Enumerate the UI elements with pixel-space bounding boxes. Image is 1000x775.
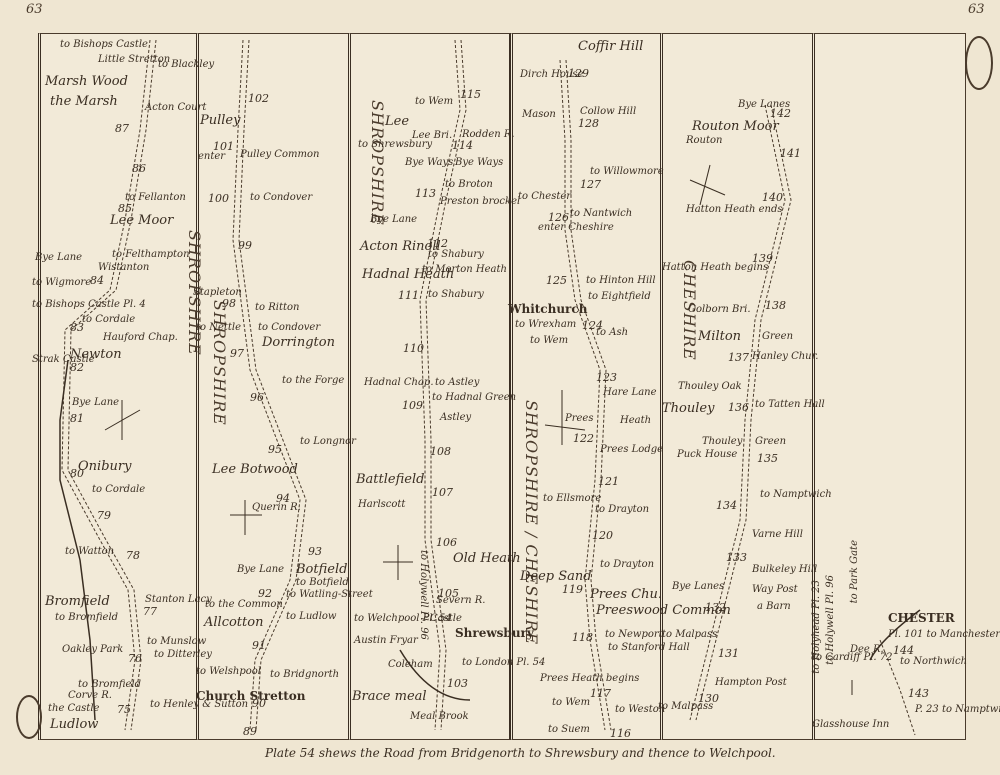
place-label: Deep Sand xyxy=(520,570,592,583)
place-label: Botfield xyxy=(296,563,347,576)
place-label: to Ditterley xyxy=(154,650,212,660)
mile-marker: 119 xyxy=(562,584,583,595)
mile-marker: 108 xyxy=(430,446,451,457)
place-label: Prees Heath begins xyxy=(540,674,639,684)
place-label: Pulley Common xyxy=(240,150,319,160)
mile-marker: 142 xyxy=(770,108,791,119)
place-label: Marsh Wood xyxy=(45,75,128,88)
place-label: CHESTER xyxy=(888,612,955,624)
mile-marker: 114 xyxy=(452,140,473,151)
scroll-curl-left xyxy=(16,695,42,739)
place-label: to Cordale xyxy=(92,485,145,495)
mile-marker: 107 xyxy=(432,487,453,498)
place-label: to Shabury xyxy=(428,250,484,260)
place-label: Querin R. xyxy=(252,503,301,513)
place-label: Pulley xyxy=(200,114,240,127)
place-label: to Bromfield xyxy=(55,613,118,623)
place-label: to the Forge xyxy=(282,376,344,386)
mile-marker: 136 xyxy=(728,402,749,413)
mile-marker: 109 xyxy=(402,400,423,411)
place-label: Whitchurch xyxy=(508,303,587,315)
place-label: Hanley Chur. xyxy=(752,352,818,362)
place-label: to Wrexham xyxy=(515,320,576,330)
place-label: to Watton xyxy=(65,547,114,557)
mile-marker: 134 xyxy=(716,500,737,511)
place-label: Acton Court xyxy=(145,103,206,113)
place-label: Heath xyxy=(620,416,651,426)
place-label: to Holywell Pl. 96 xyxy=(418,550,428,640)
place-label: Milton xyxy=(698,330,741,343)
place-label: Hare Lane xyxy=(603,388,657,398)
mile-marker: 93 xyxy=(308,546,322,557)
place-label: Dirch House xyxy=(520,70,583,80)
mile-marker: 76 xyxy=(128,653,142,664)
mile-marker: 95 xyxy=(268,444,282,455)
county-label-strip4: SHROPSHIRE / CHESHIRE xyxy=(522,400,541,645)
mile-marker: 116 xyxy=(610,728,631,739)
mile-marker: 137 xyxy=(728,352,749,363)
place-label: Bye Lane xyxy=(72,398,119,408)
place-label: Bye Ways xyxy=(405,158,453,168)
mile-marker: 100 xyxy=(208,193,229,204)
place-label: Astley xyxy=(440,413,471,423)
place-label: Battlefield xyxy=(356,473,424,486)
place-label: Prees Chu. xyxy=(590,588,662,601)
place-label: to Felthampton xyxy=(112,250,190,260)
mile-marker: 79 xyxy=(97,510,111,521)
place-label: to Munslow xyxy=(147,637,206,647)
place-label: Hampton Post xyxy=(715,678,787,688)
place-label: to Nettle xyxy=(196,323,241,333)
place-label: to Longnor xyxy=(300,437,356,447)
place-label: to Suem xyxy=(548,725,590,735)
mile-marker: 111 xyxy=(398,290,419,301)
place-label: to Chester xyxy=(518,192,571,202)
mile-marker: 133 xyxy=(726,552,747,563)
place-label: Mason xyxy=(522,110,556,120)
mile-marker: 141 xyxy=(780,148,801,159)
place-label: Green xyxy=(762,332,793,342)
place-label: Strak Castle xyxy=(32,355,95,365)
place-label: to Shabury xyxy=(428,290,484,300)
place-label: Coffir Hill xyxy=(578,40,643,53)
place-label: Thouley Oak xyxy=(678,382,742,392)
mile-marker: 110 xyxy=(403,343,424,354)
place-label: Prees xyxy=(565,414,593,424)
place-label: to Cordale xyxy=(82,315,135,325)
place-label: to Botfield xyxy=(296,578,349,588)
place-label: Thouley xyxy=(702,437,742,447)
mile-marker: 122 xyxy=(573,433,594,444)
mile-marker: 135 xyxy=(757,453,778,464)
place-label: Brace meal xyxy=(352,690,427,703)
place-label: to Hadnal Green xyxy=(432,393,516,403)
place-label: Thouley xyxy=(662,402,714,415)
mile-marker: 128 xyxy=(578,118,599,129)
place-label: to London Pl. 54 xyxy=(462,658,545,668)
place-label: Coleham xyxy=(388,660,433,670)
place-label: to Condover xyxy=(258,323,320,333)
mile-marker: 132 xyxy=(705,602,726,613)
place-label: Meal Brook xyxy=(410,712,469,722)
place-label: Wistanton xyxy=(98,263,149,273)
place-label: to Wem xyxy=(530,336,568,346)
place-label: Bye Lanes xyxy=(672,582,724,592)
place-label: Prees Lodge xyxy=(600,445,663,455)
mile-marker: 97 xyxy=(230,348,244,359)
mile-marker: 143 xyxy=(908,688,929,699)
place-label: to Welshpool xyxy=(196,667,261,677)
mile-marker: 77 xyxy=(143,606,157,617)
mile-marker: 91 xyxy=(252,640,266,651)
mile-marker: 120 xyxy=(592,530,613,541)
place-label: to Astley xyxy=(435,378,479,388)
place-label: the Castle xyxy=(48,704,99,714)
mile-marker: 87 xyxy=(115,123,129,134)
mile-marker: 98 xyxy=(222,298,236,309)
place-label: Bye Lane xyxy=(370,215,417,225)
place-label: to Watling-Street xyxy=(286,590,373,600)
mile-marker: 115 xyxy=(460,89,481,100)
place-label: Hadnal Chap. xyxy=(364,378,434,388)
place-label: to Park Gate xyxy=(850,540,860,603)
place-label: Hauford Chap. xyxy=(103,333,178,343)
place-label: to Drayton xyxy=(600,560,654,570)
place-label: to Ludlow xyxy=(286,612,336,622)
county-label-strip2: SHROPSHIRE xyxy=(210,300,229,426)
mile-marker: 80 xyxy=(70,468,84,479)
place-label: to Stanford Hall xyxy=(608,643,690,653)
place-label: to Bishops Castle xyxy=(60,40,148,50)
place-label: to Condover xyxy=(250,193,312,203)
mile-marker: 106 xyxy=(436,537,457,548)
place-label: Collow Hill xyxy=(580,107,636,117)
place-label: Corve R. xyxy=(68,691,112,701)
place-label: to Hinton Hill xyxy=(586,276,656,286)
mile-marker: 90 xyxy=(252,698,266,709)
place-label: Hatton Heath ends xyxy=(686,205,783,215)
place-label: the Marsh xyxy=(50,95,118,108)
mile-marker: 78 xyxy=(126,550,140,561)
place-label: Dorrington xyxy=(262,336,335,349)
mile-marker: 144 xyxy=(893,645,914,656)
place-label: to Bishops Castle Pl. 4 xyxy=(32,300,146,310)
place-label: to Broton xyxy=(445,180,493,190)
place-label: to Ritton xyxy=(255,303,299,313)
mile-marker: 123 xyxy=(596,372,617,383)
place-label: to Bridgnorth xyxy=(270,670,339,680)
place-label: Hadnal Heath xyxy=(362,268,454,281)
mile-marker: 81 xyxy=(70,413,84,424)
mile-marker: 130 xyxy=(698,693,719,704)
mile-marker: 89 xyxy=(243,726,257,737)
mile-marker: 127 xyxy=(580,179,601,190)
place-label: Bye Ways xyxy=(455,158,503,168)
place-label: Lee xyxy=(385,115,409,128)
mile-marker: 92 xyxy=(258,588,272,599)
plate-number-right: 63 xyxy=(968,2,985,17)
place-label: Pl. 101 to Manchester xyxy=(888,630,1000,640)
place-label: Harlscott xyxy=(358,500,405,510)
place-label: Bulkeley Hill xyxy=(752,565,817,575)
place-label: Varne Hill xyxy=(752,530,803,540)
place-label: to Ellsmore xyxy=(543,494,601,504)
place-label: Oakley Park xyxy=(62,645,123,655)
place-label: Church Stretton xyxy=(196,690,306,702)
place-label: to Bromfield xyxy=(78,680,141,690)
place-label: to Malpass xyxy=(662,630,717,640)
place-label: to Tatten Hall xyxy=(755,400,825,410)
place-label: Old Heath xyxy=(453,552,521,565)
mile-marker: 113 xyxy=(415,188,436,199)
place-label: Routon Moor xyxy=(692,120,779,133)
place-label: Bromfield xyxy=(45,595,110,608)
place-label: to Namptwich xyxy=(760,490,832,500)
mile-marker: 102 xyxy=(248,93,269,104)
scroll-curl-right xyxy=(965,36,993,90)
place-label: Golborn Bri. xyxy=(688,305,751,315)
place-label: to Wem xyxy=(415,97,453,107)
place-label: to Willowmore xyxy=(590,167,664,177)
mile-marker: 96 xyxy=(250,392,264,403)
place-label: Stanton Lacy xyxy=(145,595,212,605)
mile-marker: 84 xyxy=(90,275,104,286)
mile-marker: 86 xyxy=(132,163,146,174)
mile-marker: 118 xyxy=(572,632,593,643)
place-label: Glasshouse Inn xyxy=(812,720,889,730)
place-label: to Welchpool Pl. 54 xyxy=(354,614,452,624)
place-label: to Newport xyxy=(605,630,663,640)
plate-number-left: 63 xyxy=(26,2,43,17)
place-label: Bye Lane xyxy=(237,565,284,575)
place-label: Way Post xyxy=(752,585,798,595)
place-label: to Fellanton xyxy=(125,193,186,203)
place-label: to Blackley xyxy=(158,60,214,70)
mile-marker: 117 xyxy=(590,688,611,699)
place-label: Hatton Heath begins xyxy=(662,263,768,273)
mile-marker: 103 xyxy=(447,678,468,689)
place-label: Lee Botwood xyxy=(212,463,298,476)
place-label: Ludlow xyxy=(50,718,98,731)
place-label: Puck House xyxy=(677,450,737,460)
place-label: to Shrewsbury xyxy=(358,140,432,150)
place-label: Shrewsbury xyxy=(455,627,534,639)
place-label: to Ash xyxy=(596,328,628,338)
place-label: enter Cheshire xyxy=(538,223,614,233)
place-label: to Nantwich xyxy=(570,209,632,219)
place-label: Onibury xyxy=(78,460,131,473)
place-label: Bye Lane xyxy=(35,253,82,263)
place-label: Allcotton xyxy=(204,616,263,629)
place-label: Dee R. xyxy=(850,645,884,655)
mile-marker: 121 xyxy=(598,476,619,487)
mile-marker: 125 xyxy=(546,275,567,286)
mile-marker: 83 xyxy=(70,322,84,333)
place-label: to the Common xyxy=(205,600,283,610)
place-label: Preston brockel xyxy=(440,197,520,207)
mile-marker: 99 xyxy=(238,240,252,251)
place-label: Austin Fryar xyxy=(354,636,418,646)
place-label: Lee Moor xyxy=(110,214,173,227)
mile-marker: 140 xyxy=(762,192,783,203)
place-label: to Wem xyxy=(552,698,590,708)
place-label: enter xyxy=(198,152,225,162)
place-label: a Barn xyxy=(757,602,791,612)
place-label: to Drayton xyxy=(595,505,649,515)
place-label: to Northwich xyxy=(900,657,967,667)
plate-caption: Plate 54 shews the Road from Bridgenorth… xyxy=(265,746,776,760)
place-label: Routon xyxy=(686,136,722,146)
place-label: to Eightfield xyxy=(588,292,651,302)
place-label: P. 23 to Namptwich xyxy=(915,705,1000,715)
mile-marker: 131 xyxy=(718,648,739,659)
place-label: Severn R. xyxy=(436,596,485,606)
mile-marker: 75 xyxy=(117,704,131,715)
strip-1 xyxy=(38,33,204,740)
mile-marker: 138 xyxy=(765,300,786,311)
place-label: Green xyxy=(755,437,786,447)
place-label: to Wigmore xyxy=(32,278,91,288)
